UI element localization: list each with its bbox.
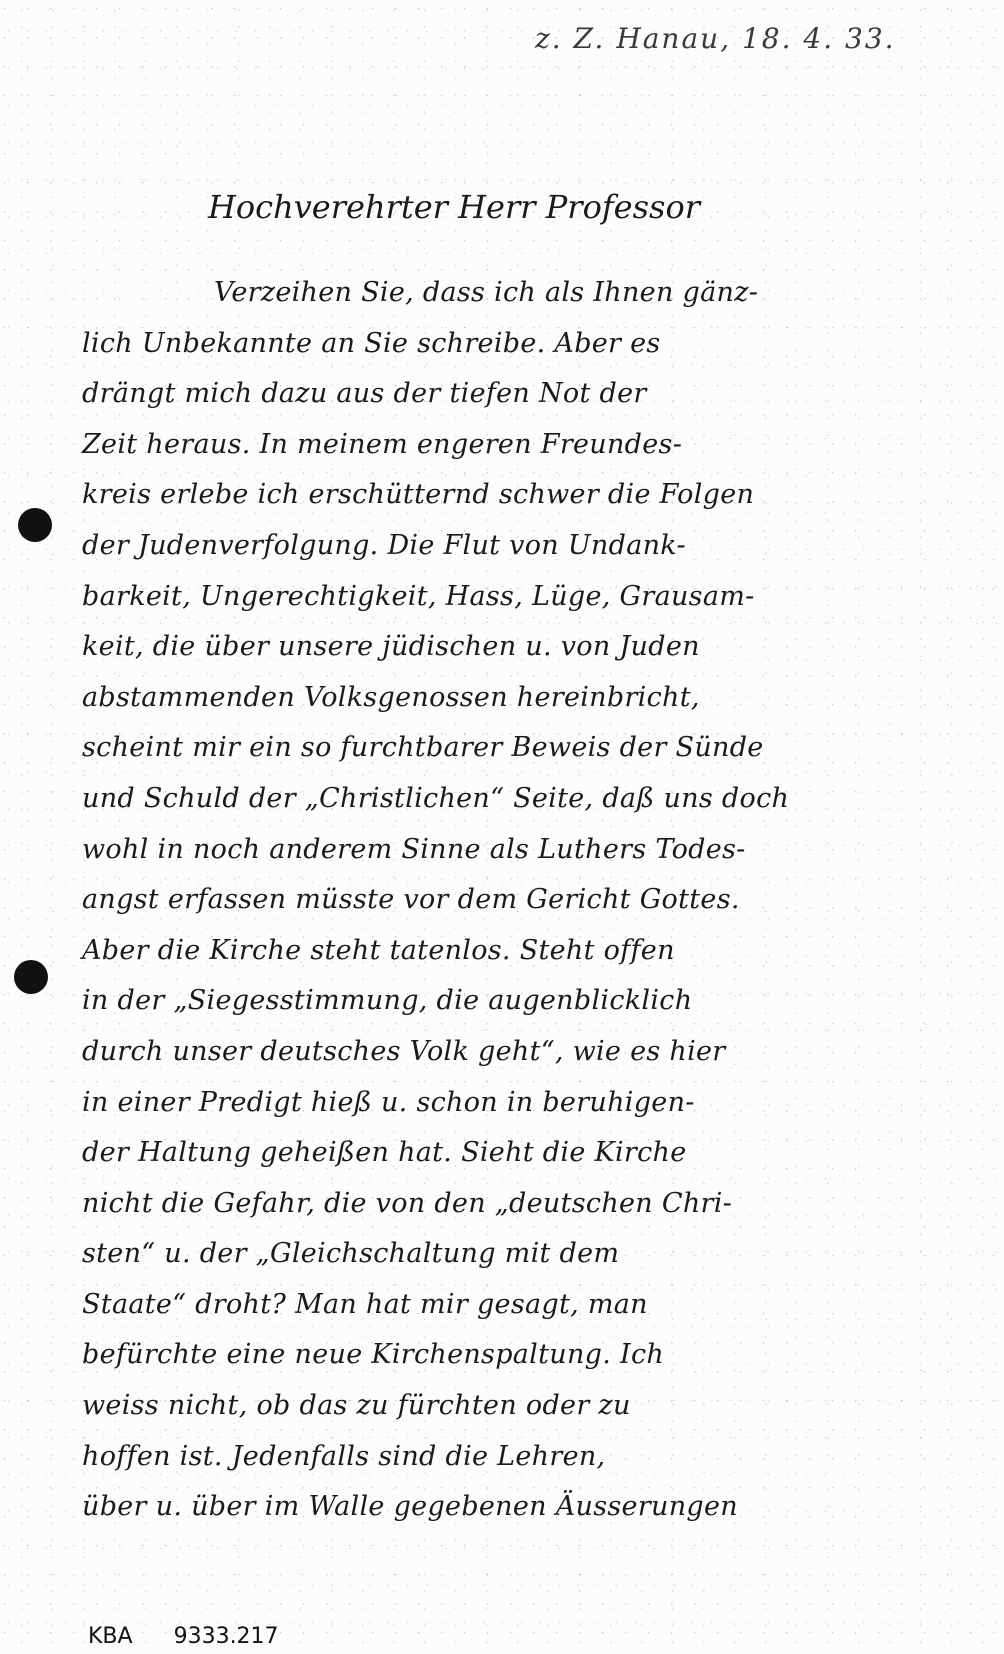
body-line: hoffen ist. Jedenfalls sind die Lehren, xyxy=(82,1432,1002,1483)
body-line: befürchte eine neue Kirchenspaltung. Ich xyxy=(82,1330,1002,1381)
body-line: und Schuld der „Christlichen“ Seite, daß… xyxy=(82,774,1002,825)
body-line: drängt mich dazu aus der tiefen Not der xyxy=(82,369,1002,420)
body-line: angst erfassen müsste vor dem Gericht Go… xyxy=(82,875,1002,926)
body-line: kreis erlebe ich erschütternd schwer die… xyxy=(82,470,1002,521)
punch-hole-icon xyxy=(14,960,48,994)
body-line: Zeit heraus. In meinem engeren Freundes- xyxy=(82,420,1002,471)
body-line: scheint mir ein so furchtbarer Beweis de… xyxy=(82,723,1002,774)
letter-body: Verzeihen Sie, dass ich als Ihnen gänz- … xyxy=(82,268,1002,1533)
punch-hole-icon xyxy=(18,508,52,542)
body-line: Aber die Kirche steht tatenlos. Steht of… xyxy=(82,926,1002,977)
body-line: in einer Predigt hieß u. schon in beruhi… xyxy=(82,1078,1002,1129)
body-line: Staate“ droht? Man hat mir gesagt, man xyxy=(82,1280,1002,1331)
body-line: über u. über im Walle gegebenen Äusserun… xyxy=(82,1482,1002,1533)
body-line: sten“ u. der „Gleichschaltung mit dem xyxy=(82,1229,1002,1280)
body-line: der Haltung geheißen hat. Sieht die Kirc… xyxy=(82,1128,1002,1179)
body-line: nicht die Gefahr, die von den „deutschen… xyxy=(82,1179,1002,1230)
body-line: weiss nicht, ob das zu fürchten oder zu xyxy=(82,1381,1002,1432)
body-line: wohl in noch anderem Sinne als Luthers T… xyxy=(82,825,1002,876)
body-line: durch unser deutsches Volk geht“, wie es… xyxy=(82,1027,1002,1078)
body-line: barkeit, Ungerechtigkeit, Hass, Lüge, Gr… xyxy=(82,572,1002,623)
salutation: Hochverehrter Herr Professor xyxy=(208,188,700,226)
body-line: in der „Siegesstimmung, die augenblickli… xyxy=(82,976,1002,1027)
body-line: der Judenverfolgung. Die Flut von Undank… xyxy=(82,521,1002,572)
body-line: Verzeihen Sie, dass ich als Ihnen gänz- xyxy=(82,268,1002,319)
body-line: lich Unbekannte an Sie schreibe. Aber es xyxy=(82,319,1002,370)
archive-stamp: KBA 9333.217 xyxy=(88,1624,279,1649)
body-line: keit, die über unsere jüdischen u. von J… xyxy=(82,622,1002,673)
date-line: z. Z. Hanau, 18. 4. 33. xyxy=(535,22,896,55)
archive-prefix: KBA xyxy=(88,1624,133,1649)
archive-number: 9333.217 xyxy=(174,1624,279,1649)
body-line: abstammenden Volksgenossen hereinbricht, xyxy=(82,673,1002,724)
